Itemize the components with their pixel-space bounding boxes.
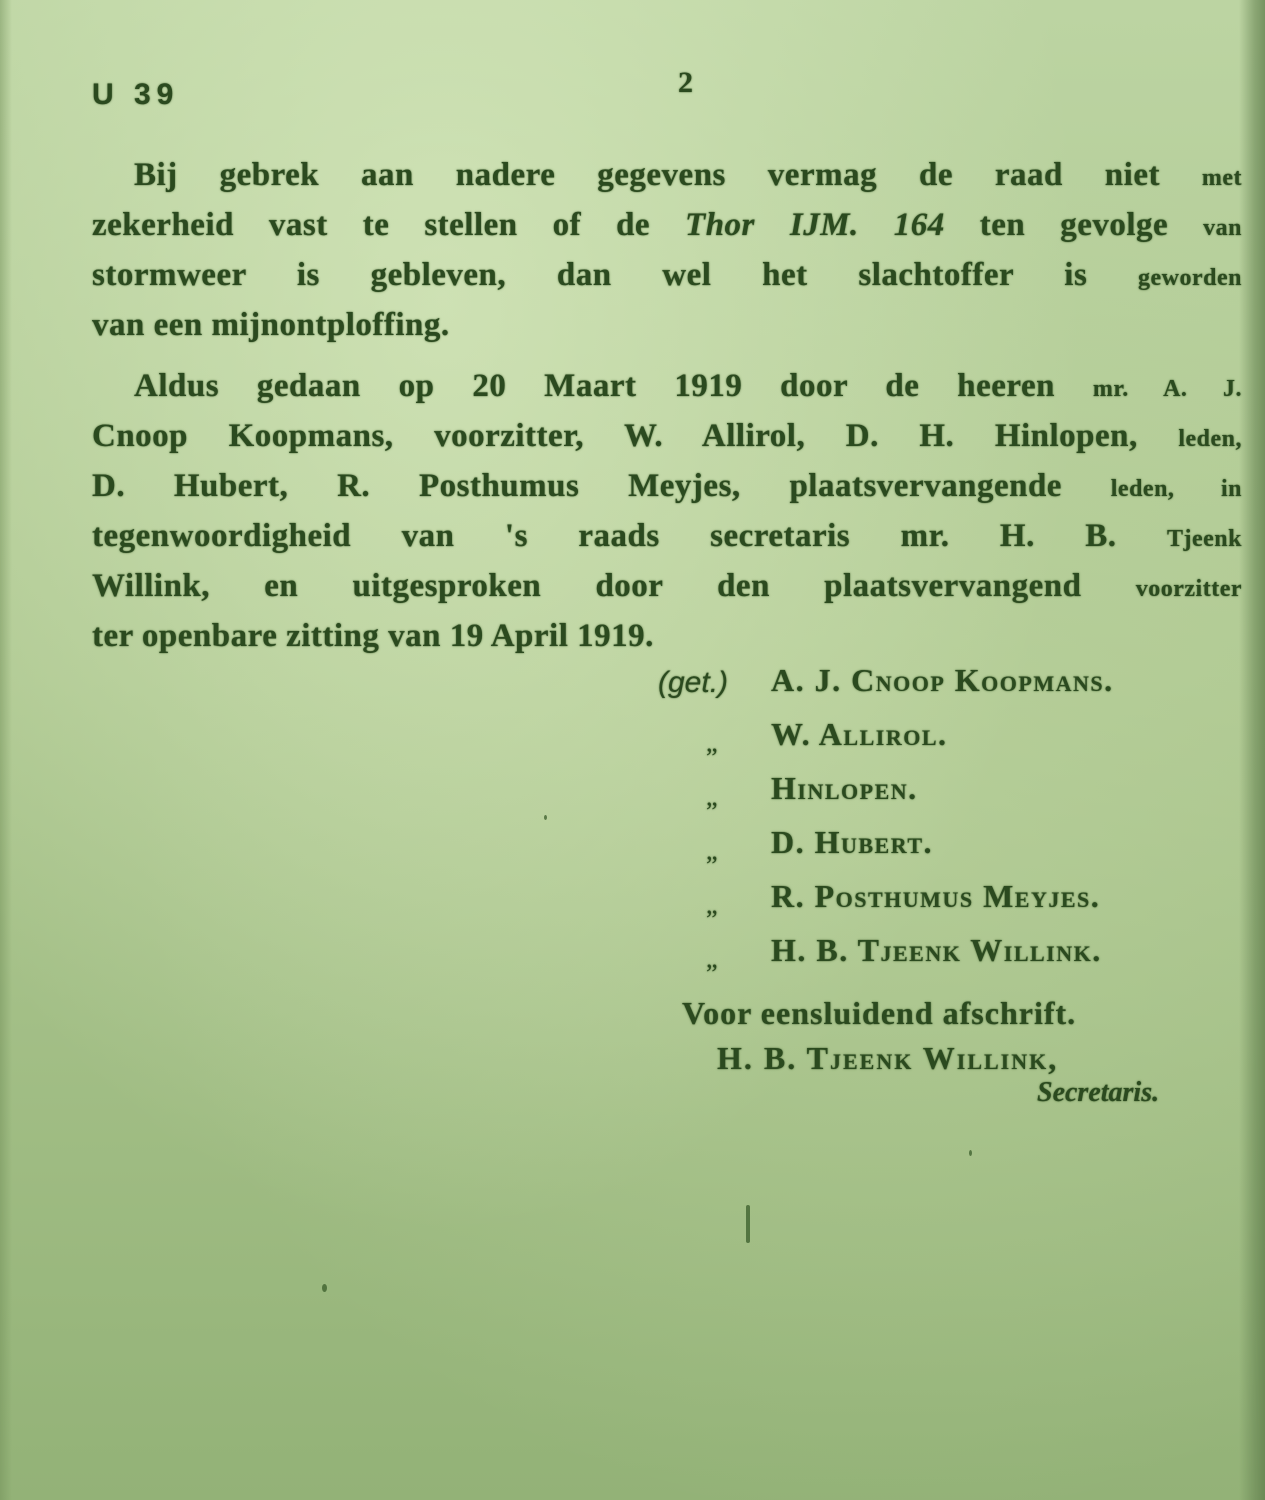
signature-row: „ Hinlopen. — [658, 770, 1218, 824]
page-edge-shadow-left — [0, 0, 12, 1500]
text-line: stormweer is gebleven, dan wel het slach… — [92, 252, 1242, 302]
document-reference: U 39 — [92, 78, 179, 112]
signature-row: „ R. Posthumus Meyjes. — [658, 878, 1218, 932]
certified-copy-label: Voor eensluidend afschrift. — [682, 995, 1222, 1032]
text-line: Cnoop Koopmans, voorzitter, W. Allirol, … — [92, 413, 1242, 463]
text-line: van een mijnontploffing. — [92, 302, 1242, 349]
line-tail-text: Tjeenk — [1167, 526, 1242, 552]
page-edge-shadow-right — [1239, 0, 1265, 1500]
secretary-name: H. B. Tjeenk Willink, — [717, 1040, 1222, 1077]
line-text: ter openbare zitting van 19 April 1919. — [92, 618, 654, 654]
vessel-name: Thor IJM. 164 — [685, 207, 945, 243]
paragraph-decision: Aldus gedaan op 20 Maart 1919 door de he… — [92, 363, 1242, 660]
signature-row: „ W. Allirol. — [658, 716, 1218, 770]
text-line: Bij gebrek aan nadere gegevens vermag de… — [92, 152, 1242, 202]
signed-marker: (get.) — [658, 666, 763, 700]
line-tail-text: leden, in — [1111, 476, 1242, 502]
line-tail-text: met — [1202, 165, 1242, 191]
paper-speck — [544, 815, 547, 820]
line-text: Willink, en uitgesproken door den plaats… — [92, 568, 1136, 604]
text-line: tegenwoordigheid van 's raads secretaris… — [92, 513, 1242, 563]
line-tail-text: leden, — [1178, 426, 1242, 452]
paragraph-findings: Bij gebrek aan nadere gegevens vermag de… — [92, 152, 1242, 349]
signatory-name: R. Posthumus Meyjes. — [771, 878, 1100, 915]
text-line: ter openbare zitting van 19 April 1919. — [92, 613, 1242, 660]
line-text: D. Hubert, R. Posthumus Meyjes, plaatsve… — [92, 468, 1111, 504]
line-text: zekerheid vast te stellen of de — [92, 207, 685, 243]
signature-row: „ D. Hubert. — [658, 824, 1218, 878]
text-line: Willink, en uitgesproken door den plaats… — [92, 563, 1242, 613]
paper-speck — [746, 1205, 750, 1243]
line-tail-text: van — [1203, 215, 1242, 241]
signatory-name: Hinlopen. — [771, 770, 918, 807]
page-number: 2 — [678, 66, 693, 100]
text-line: zekerheid vast te stellen of de Thor IJM… — [92, 202, 1242, 252]
line-text: ten gevolge — [945, 207, 1203, 243]
line-text: stormweer is gebleven, dan wel het slach… — [92, 257, 1138, 293]
signatory-name: A. J. Cnoop Koopmans. — [771, 662, 1114, 699]
line-text: Bij gebrek aan nadere gegevens vermag de… — [134, 157, 1202, 193]
paper-speck — [969, 1150, 972, 1156]
line-tail-text: geworden — [1138, 265, 1242, 291]
signatory-name: D. Hubert. — [771, 824, 933, 861]
line-text: Cnoop Koopmans, voorzitter, W. Allirol, … — [92, 418, 1178, 454]
signature-block: (get.) A. J. Cnoop Koopmans. „ W. Alliro… — [658, 662, 1218, 986]
line-text: van een mijnontploffing. — [92, 307, 450, 343]
signature-row: „ H. B. Tjeenk Willink. — [658, 932, 1218, 986]
signatory-name: W. Allirol. — [771, 716, 948, 753]
text-line: Aldus gedaan op 20 Maart 1919 door de he… — [92, 363, 1242, 413]
document-page: U 39 2 Bij gebrek aan nadere gegevens ve… — [0, 0, 1265, 1500]
line-tail-text: voorzitter — [1136, 576, 1242, 602]
line-text: tegenwoordigheid van 's raads secretaris… — [92, 518, 1167, 554]
text-line: D. Hubert, R. Posthumus Meyjes, plaatsve… — [92, 463, 1242, 513]
signatory-name: H. B. Tjeenk Willink. — [771, 932, 1102, 969]
line-tail-text: mr. A. J. — [1093, 376, 1242, 402]
secretary-role: Secretaris. — [1037, 1077, 1222, 1109]
paper-speck — [322, 1284, 327, 1292]
certified-copy-block: Voor eensluidend afschrift. H. B. Tjeenk… — [682, 995, 1222, 1109]
line-text: Aldus gedaan op 20 Maart 1919 door de he… — [134, 368, 1093, 404]
signature-row: (get.) A. J. Cnoop Koopmans. — [658, 662, 1218, 716]
